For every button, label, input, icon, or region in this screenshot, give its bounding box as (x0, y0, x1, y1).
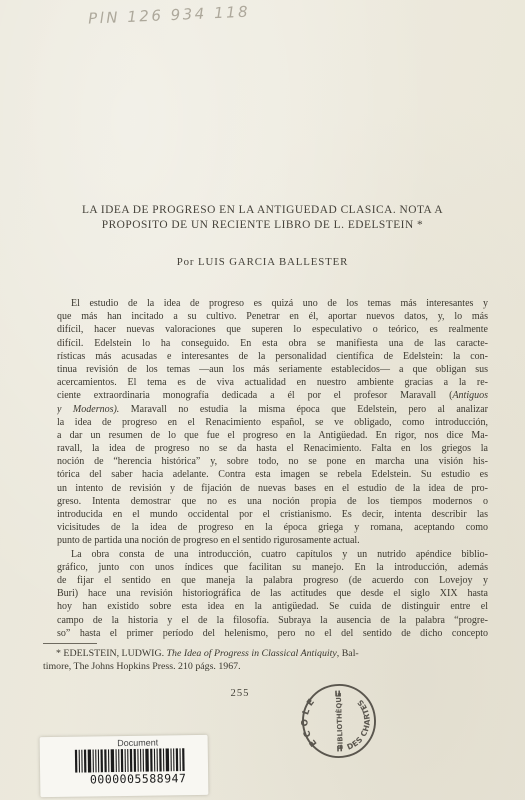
stamp-ring-text-ecole: ECOLE (297, 694, 324, 749)
text-line: tórica del saber hacia adelante. Contra … (57, 468, 488, 481)
text-line: ciente extraordinaria monografía dedicad… (57, 389, 488, 402)
text-line: de fijar el sentido en que maneja la pal… (57, 574, 488, 587)
text-line: introducida en el mundo occidental por e… (57, 508, 488, 521)
library-stamp: ECOLE DES CHARTES BIBLIOTHÈQUE (295, 677, 383, 765)
text-line: ravall, la idea de progreso no se da has… (57, 442, 488, 455)
text-line: la idea de progreso en el Renacimiento e… (57, 416, 488, 429)
footnote-rule (43, 643, 97, 644)
handwritten-annotation: PlN 126 934 118 (88, 0, 349, 28)
text-line: un intento de revisión y de fijación de … (57, 482, 488, 495)
paragraph: El estudio de la idea de progreso es qui… (57, 297, 488, 548)
text-line: gráfico, junto con unos índices que faci… (57, 561, 488, 574)
page-number: 255 (222, 688, 258, 699)
svg-text:ECOLE: ECOLE (297, 694, 324, 749)
footnote: * EDELSTEIN, LUDWIG. The Idea of Progres… (43, 647, 435, 674)
article-body: El estudio de la idea de progreso es qui… (57, 297, 488, 640)
text-line: so” hasta el primer período del helenism… (57, 627, 488, 640)
barcode-number: 0000005588947 (72, 771, 204, 787)
footnote-lines: * EDELSTEIN, LUDWIG. The Idea of Progres… (43, 647, 435, 674)
text-line: * EDELSTEIN, LUDWIG. The Idea of Progres… (43, 647, 435, 660)
text-line: timore, The Johns Hopkins Press. 210 pág… (43, 660, 435, 673)
text-line: hoy han existido sobre esta idea en la a… (57, 600, 488, 613)
svg-text:DES CHARTES: DES CHARTES (341, 697, 375, 752)
paragraph: La obra consta de una introducción, cuat… (57, 548, 488, 640)
text-line: difícil, hacer nuevas valoraciones que s… (57, 323, 488, 336)
text-line: tinua revisión de los temas —aun los más… (57, 363, 488, 376)
stamp-center-text: BIBLIOTHÈQUE (334, 692, 345, 750)
text-line: difícil. Edelstein lo ha conseguido. En … (57, 337, 488, 350)
text-line: campo de la historia y el de la filosofí… (57, 614, 488, 627)
text-line: acercamientos. El tema es de viva actual… (57, 376, 488, 389)
article-title: LA IDEA DE PROGRESO EN LA ANTIGUEDAD CLA… (40, 203, 485, 232)
text-line: a dar un resumen de lo que fue el progre… (57, 429, 488, 442)
text-line: greso. Intenta demostrar que no es una n… (57, 495, 488, 508)
text-line: punto de partida una noción de progreso … (57, 534, 488, 547)
text-line: noción de “herencia histórica” y, sobre … (57, 455, 488, 468)
article-title-line-1: LA IDEA DE PROGRESO EN LA ANTIGUEDAD CLA… (40, 203, 485, 218)
article-title-line-2: PROPOSITO DE UN RECIENTE LIBRO DE L. EDE… (40, 218, 485, 233)
barcode-bars (74, 748, 202, 773)
text-line: vicisitudes de la idea de progreso en la… (57, 521, 488, 534)
text-line: La obra consta de una introducción, cuat… (57, 548, 488, 561)
text-line: que más han incitado a su cultivo. Penet… (57, 310, 488, 323)
text-line: rísticas más acusadas e interesantes de … (57, 350, 488, 363)
journal-page: PlN 126 934 118 LA IDEA DE PROGRESO EN L… (0, 0, 525, 800)
author-line: Por LUIS GARCIA BALLESTER (40, 256, 485, 268)
text-line: Buri) hace una revisión historiográfica … (57, 587, 488, 600)
text-line: El estudio de la idea de progreso es qui… (57, 297, 488, 310)
text-line: y Modernos). Maravall no estudia la mism… (57, 403, 488, 416)
stamp-ring-text-des-chartes: DES CHARTES (341, 697, 375, 752)
barcode-label: Document 0000005588947 (40, 735, 209, 797)
